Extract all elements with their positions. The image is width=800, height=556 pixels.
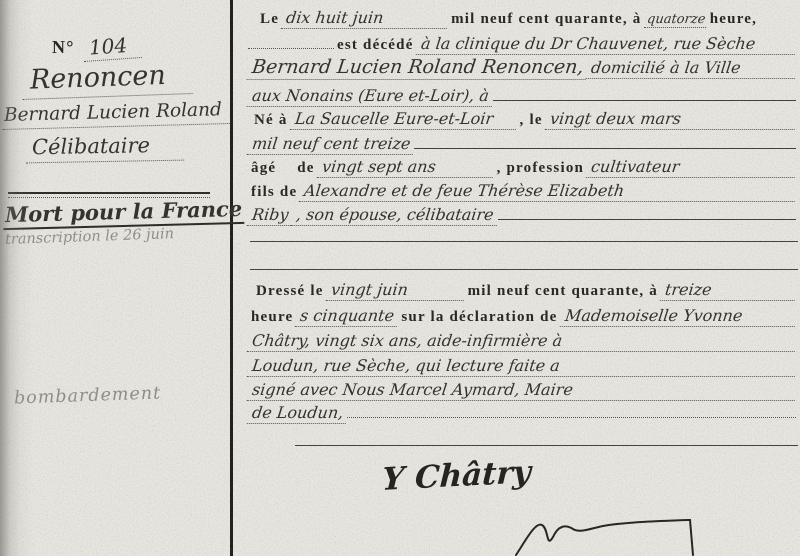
printed-ne-a: Né à [248,112,291,129]
margin-given-names: Bernard Lucien Roland [2,99,230,130]
cause-of-death-pencil-note: bombardement [14,383,162,408]
hw-death-place: à la clinique du Dr Chauvenet, rue Sèche [415,34,797,55]
printed-le-date: , le [517,112,546,129]
hw-declarant-name-age: Châtry, vingt six ans, aide-infirmière à [247,331,798,352]
blank-dotted-lead [248,48,334,49]
blank-form-rule [250,268,798,270]
act-number-line: N° 104 [52,34,141,60]
scanned-death-certificate: N° 104 Renoncen Bernard Lucien Roland Cé… [0,0,800,556]
printed-heure-2: heure [248,309,296,326]
act-line-declarant-intro: heure s cinquante sur la déclaration de … [248,306,796,327]
act-line-drafted-date: Dressé le vingt juin mil neuf cent quara… [248,280,796,301]
act-line-age-profession: âgé de vingt sept ans , profession culti… [248,157,796,178]
hw-death-day: dix huit juin [281,8,450,29]
hw-declarant-title: Mademoiselle Yvonne [559,306,797,327]
act-line-officer-town: de Loudun, [248,403,796,424]
hw-birth-place: La Saucelle Eure-et-Loir [289,109,518,130]
act-number-value: 104 [82,32,142,62]
hw-birth-day: vingt deux mars [544,109,797,130]
margin-marital-status: Célibataire [26,133,185,164]
act-line-declarant-address: Loudun, rue Sèche, qui lecture faite a [248,356,796,377]
hw-domicile-intro: domicilié à la Ville [586,58,797,79]
blank-ruled-fill [414,148,796,149]
hw-drafted-hour: treize [660,280,798,301]
act-line-parents: fils de Alexandre et de feue Thérèse Eli… [248,181,796,202]
hw-age: vingt sept ans [316,157,495,178]
printed-year-1940: mil neuf cent quarante, à [448,11,644,28]
act-line-declarant-details: Châtry, vingt six ans, aide-infirmière à [248,331,796,352]
act-line-death-date: Le dix huit juin mil neuf cent quarante,… [248,8,796,29]
hw-declarant-address: Loudun, rue Sèche, qui lecture faite a [247,356,798,377]
act-line-signed-with: signé avec Nous Marcel Aymard, Maire [248,380,796,401]
declarant-signature: Y Châtry [381,454,532,498]
blank-form-rule [295,444,798,446]
hw-minutes: s cinquante [295,306,400,327]
blank-ruled-fill [493,100,796,101]
hw-parents-names: Alexandre et de feue Thérèse Elizabeth [299,181,797,202]
printed-drafted-year: mil neuf cent quarante, à [465,283,661,300]
printed-dresse-le: Dressé le [248,283,327,300]
hw-officer-name: signé avec Nous Marcel Aymard, Maire [247,380,798,401]
mayor-signature-scribble [508,498,708,556]
hw-domicile-commune: aux Nonains (Eure et-Loir), à [247,86,494,107]
printed-heure: heure, [707,11,760,28]
printed-age-de: âgé de [248,160,318,177]
hw-death-hour: quatorze [644,12,708,28]
form-vertical-rule [230,0,233,556]
hw-drafted-day: vingt juin [325,280,466,301]
margin-surname: Renoncen [21,59,192,100]
act-line-deceased-name: Bernard Lucien Roland Renoncen, domicili… [248,56,796,80]
printed-profession: , profession [494,160,587,177]
blank-ruled-fill [498,219,796,220]
printed-le: Le [248,11,282,28]
act-line-birth-year: mil neuf cent treize [248,134,796,155]
hw-profession: cultivateur [586,157,798,178]
mort-pour-la-france-mention: Mort pour la France [3,196,245,230]
act-number-label: N° [52,37,75,58]
printed-sur-declaration: sur la déclaration de [398,309,560,326]
act-line-domicile: aux Nonains (Eure et-Loir), à [248,86,796,107]
act-line-birth-place: Né à La Saucelle Eure-et-Loir , le vingt… [248,109,796,130]
printed-fils-de: fils de [248,184,300,201]
printed-est-decede: est décédé [334,37,417,54]
act-line-death-place: est décédé à la clinique du Dr Chauvenet… [248,34,796,55]
hw-mother-surname: Riby [247,205,294,226]
blank-form-rule [250,240,798,242]
blank-dotted-fill [347,417,796,418]
act-line-mother-surname: Riby , son épouse, célibataire [248,205,796,226]
hw-deceased-full-name: Bernard Lucien Roland Renoncen, [247,56,589,80]
hw-officer-town: de Loudun, [247,403,349,424]
hw-spouse-status: , son épouse, célibataire [291,205,499,226]
hw-birth-year: mil neuf cent treize [247,134,416,155]
